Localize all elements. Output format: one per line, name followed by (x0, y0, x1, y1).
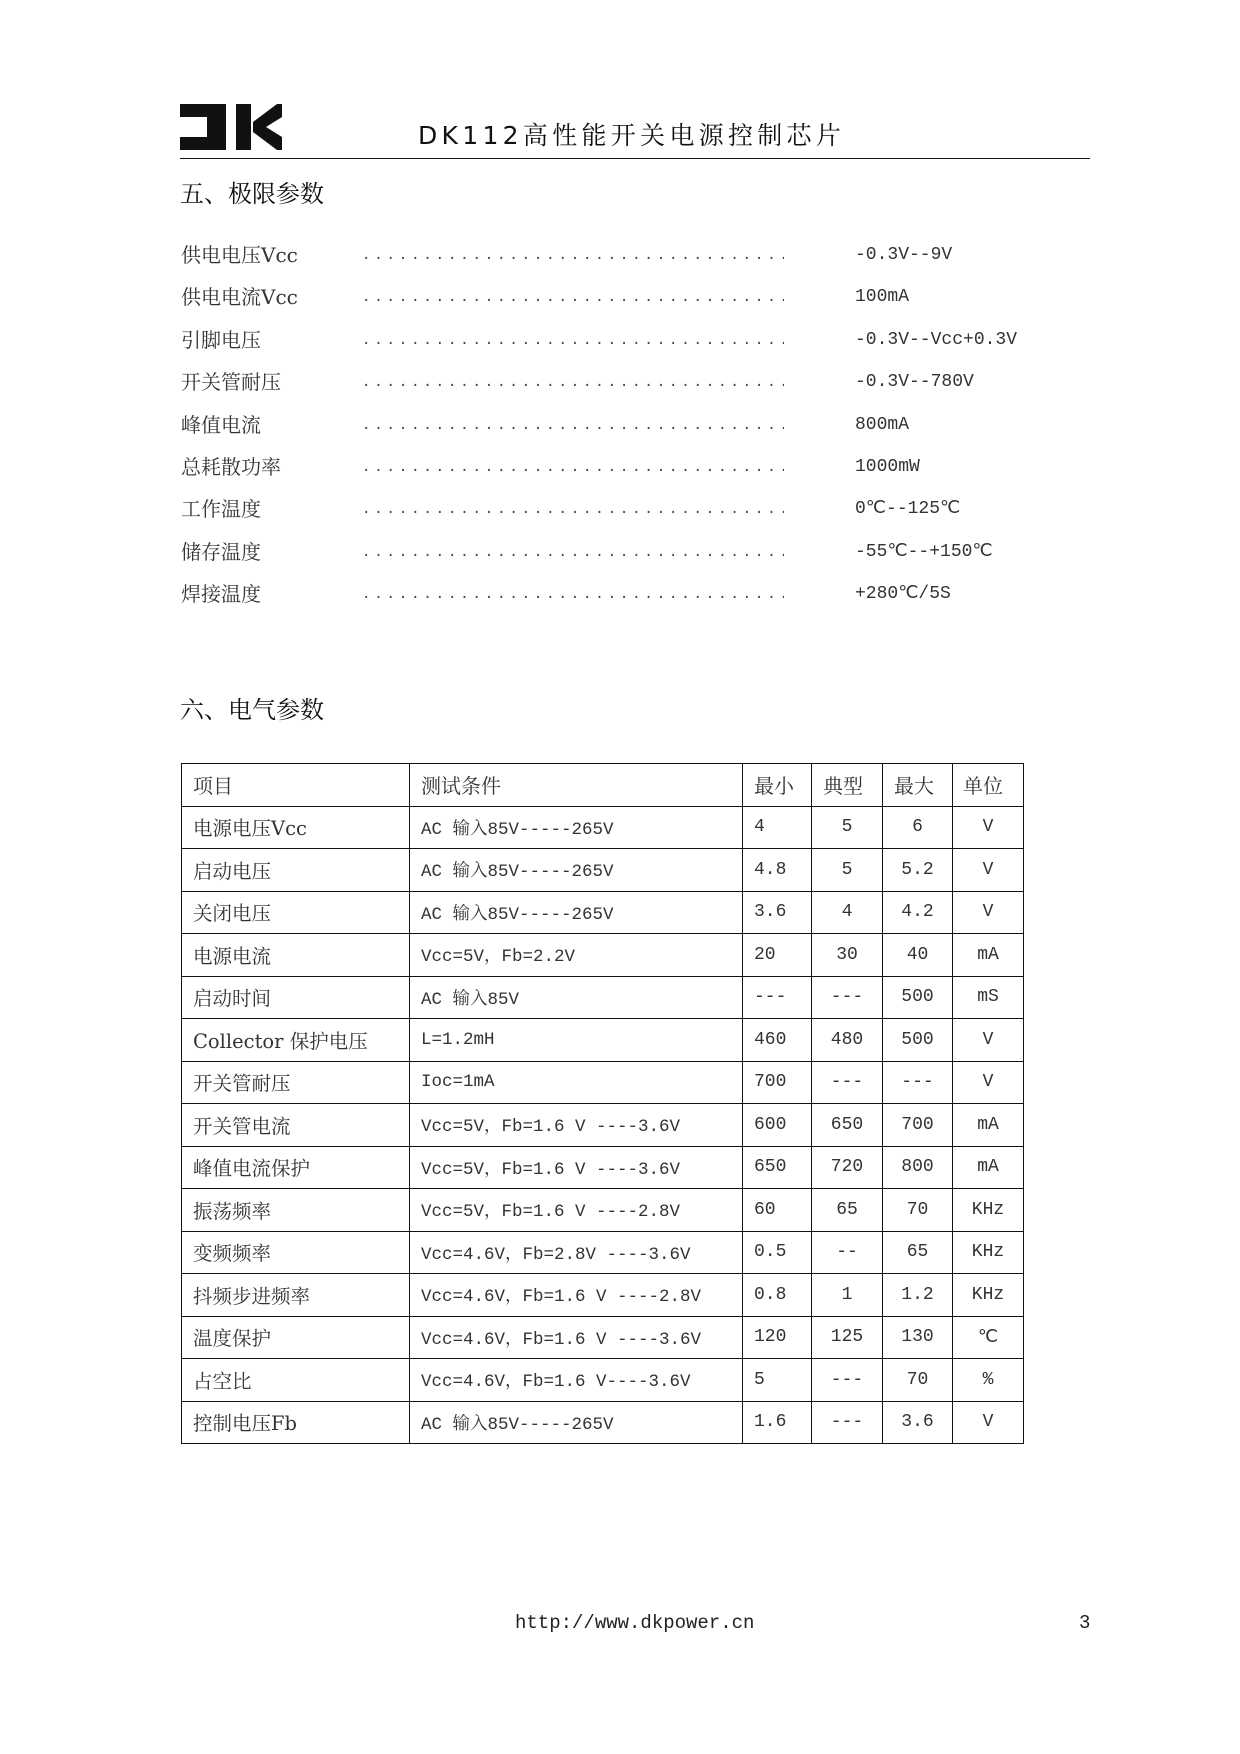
cell-unit: V (953, 891, 1024, 934)
list-item: 供电电压Vcc ................................… (181, 234, 1081, 276)
section-heading-limits: 五、极限参数 (180, 178, 324, 210)
column-header-max: 最大 (883, 764, 953, 807)
cell-unit: ℃ (953, 1316, 1024, 1359)
cell-min: 0.8 (743, 1274, 812, 1317)
list-item: 总耗散功率 ..................................… (181, 446, 1081, 488)
cell-min: 460 (743, 1019, 812, 1062)
cell-max: 3.6 (883, 1401, 953, 1444)
limit-value: 1000mW (855, 446, 920, 488)
cell-item: 启动时间 (182, 976, 410, 1019)
cell-condition: AC 输入85V-----265V (410, 891, 743, 934)
limit-label: 供电电压Vcc (181, 234, 298, 276)
table-row: Collector 保护电压 L=1.2mH 460 480 500 V (182, 1019, 1024, 1062)
cell-min: 20 (743, 934, 812, 977)
limit-label: 总耗散功率 (181, 446, 281, 488)
limit-value: -0.3V--780V (855, 361, 974, 403)
dot-leader: ........................................… (362, 361, 784, 403)
list-item: 储存温度 ...................................… (181, 531, 1081, 573)
cell-item: 开关管耐压 (182, 1061, 410, 1104)
cell-item: 峰值电流保护 (182, 1146, 410, 1189)
cell-min: 60 (743, 1189, 812, 1232)
limit-label: 储存温度 (181, 531, 261, 573)
table-row: 控制电压Fb AC 输入85V-----265V 1.6 --- 3.6 V (182, 1401, 1024, 1444)
list-item: 焊接温度 ...................................… (181, 573, 1081, 615)
cell-condition: Vcc=4.6V，Fb=1.6 V ----3.6V (410, 1316, 743, 1359)
limit-label: 焊接温度 (181, 573, 261, 615)
cell-condition: Ioc=1mA (410, 1061, 743, 1104)
cell-typ: 5 (812, 849, 883, 892)
cell-item: Collector 保护电压 (182, 1019, 410, 1062)
cell-typ: 1 (812, 1274, 883, 1317)
cell-condition: AC 输入85V (410, 976, 743, 1019)
cell-max: 4.2 (883, 891, 953, 934)
cell-unit: mA (953, 934, 1024, 977)
list-item: 开关管耐压 ..................................… (181, 361, 1081, 403)
table-row: 变频频率 Vcc=4.6V，Fb=2.8V ----3.6V 0.5 -- 65… (182, 1231, 1024, 1274)
cell-typ: 30 (812, 934, 883, 977)
cell-max: 700 (883, 1104, 953, 1147)
cell-max: --- (883, 1061, 953, 1104)
cell-typ: --- (812, 1359, 883, 1402)
limit-value: 100mA (855, 276, 909, 318)
cell-min: 120 (743, 1316, 812, 1359)
cell-unit: mA (953, 1146, 1024, 1189)
cell-item: 启动电压 (182, 849, 410, 892)
column-header-typ: 典型 (812, 764, 883, 807)
cell-max: 65 (883, 1231, 953, 1274)
cell-condition: Vcc=5V，Fb=1.6 V ----2.8V (410, 1189, 743, 1232)
dot-leader: ........................................… (362, 276, 784, 318)
cell-min: 5 (743, 1359, 812, 1402)
cell-unit: KHz (953, 1274, 1024, 1317)
table-row: 开关管耐压 Ioc=1mA 700 --- --- V (182, 1061, 1024, 1104)
cell-max: 800 (883, 1146, 953, 1189)
cell-unit: V (953, 1061, 1024, 1104)
cell-unit: V (953, 1401, 1024, 1444)
section-heading-electrical: 六、电气参数 (180, 694, 324, 726)
dk-logo-icon (180, 104, 282, 150)
list-item: 供电电流Vcc ................................… (181, 276, 1081, 318)
cell-item: 占空比 (182, 1359, 410, 1402)
cell-max: 500 (883, 976, 953, 1019)
cell-condition: AC 输入85V-----265V (410, 1401, 743, 1444)
dot-leader: ........................................… (362, 404, 784, 446)
limit-label: 工作温度 (181, 488, 261, 530)
table-row: 温度保护 Vcc=4.6V，Fb=1.6 V ----3.6V 120 125 … (182, 1316, 1024, 1359)
table-row: 抖频步进频率 Vcc=4.6V，Fb=1.6 V ----2.8V 0.8 1 … (182, 1274, 1024, 1317)
cell-unit: V (953, 806, 1024, 849)
column-header-item: 项目 (182, 764, 410, 807)
limit-value: +280℃/5S (855, 573, 951, 615)
cell-max: 5.2 (883, 849, 953, 892)
cell-item: 电源电压Vcc (182, 806, 410, 849)
cell-item: 抖频步进频率 (182, 1274, 410, 1317)
dot-leader: ........................................… (362, 573, 784, 615)
cell-typ: --- (812, 976, 883, 1019)
cell-condition: AC 输入85V-----265V (410, 849, 743, 892)
cell-unit: KHz (953, 1189, 1024, 1232)
cell-typ: 480 (812, 1019, 883, 1062)
cell-condition: Vcc=5V，Fb=2.2V (410, 934, 743, 977)
cell-item: 电源电流 (182, 934, 410, 977)
list-item: 引脚电压 ...................................… (181, 319, 1081, 361)
dot-leader: ........................................… (362, 446, 784, 488)
cell-min: 1.6 (743, 1401, 812, 1444)
table-row: 开关管电流 Vcc=5V，Fb=1.6 V ----3.6V 600 650 7… (182, 1104, 1024, 1147)
cell-typ: 4 (812, 891, 883, 934)
table-header-row: 项目 测试条件 最小 典型 最大 单位 (182, 764, 1024, 807)
table-row: 峰值电流保护 Vcc=5V，Fb=1.6 V ----3.6V 650 720 … (182, 1146, 1024, 1189)
cell-unit: KHz (953, 1231, 1024, 1274)
table-row: 电源电压Vcc AC 输入85V-----265V 4 5 6 V (182, 806, 1024, 849)
table-row: 占空比 Vcc=4.6V，Fb=1.6 V----3.6V 5 --- 70 % (182, 1359, 1024, 1402)
dot-leader: ........................................… (362, 234, 784, 276)
cell-item: 关闭电压 (182, 891, 410, 934)
cell-item: 开关管电流 (182, 1104, 410, 1147)
cell-typ: 5 (812, 806, 883, 849)
table-row: 振荡频率 Vcc=5V，Fb=1.6 V ----2.8V 60 65 70 K… (182, 1189, 1024, 1232)
electrical-parameters-table: 项目 测试条件 最小 典型 最大 单位 电源电压Vcc AC 输入85V----… (181, 763, 1024, 1444)
cell-max: 1.2 (883, 1274, 953, 1317)
cell-item: 控制电压Fb (182, 1401, 410, 1444)
limit-value: -55℃--+150℃ (855, 531, 993, 573)
cell-condition: AC 输入85V-----265V (410, 806, 743, 849)
cell-min: 3.6 (743, 891, 812, 934)
cell-max: 70 (883, 1359, 953, 1402)
dot-leader: ........................................… (362, 319, 784, 361)
cell-min: 600 (743, 1104, 812, 1147)
limits-list: 供电电压Vcc ................................… (181, 234, 1081, 616)
limit-value: -0.3V--9V (855, 234, 952, 276)
cell-unit: V (953, 849, 1024, 892)
cell-max: 500 (883, 1019, 953, 1062)
cell-unit: % (953, 1359, 1024, 1402)
limit-label: 峰值电流 (181, 404, 261, 446)
footer-website-link[interactable]: http://www.dkpower.cn (515, 1612, 754, 1634)
column-header-unit: 单位 (953, 764, 1024, 807)
cell-unit: mS (953, 976, 1024, 1019)
cell-max: 70 (883, 1189, 953, 1232)
cell-min: 0.5 (743, 1231, 812, 1274)
cell-item: 温度保护 (182, 1316, 410, 1359)
cell-condition: Vcc=5V，Fb=1.6 V ----3.6V (410, 1104, 743, 1147)
cell-min: 4.8 (743, 849, 812, 892)
cell-min: 4 (743, 806, 812, 849)
cell-typ: --- (812, 1401, 883, 1444)
cell-typ: 650 (812, 1104, 883, 1147)
document-title: DK112高性能开关电源控制芯片 (418, 118, 845, 154)
cell-max: 6 (883, 806, 953, 849)
column-header-min: 最小 (743, 764, 812, 807)
cell-condition: L=1.2mH (410, 1019, 743, 1062)
list-item: 工作温度 ...................................… (181, 488, 1081, 530)
cell-typ: --- (812, 1061, 883, 1104)
cell-max: 130 (883, 1316, 953, 1359)
cell-typ: 65 (812, 1189, 883, 1232)
cell-unit: mA (953, 1104, 1024, 1147)
cell-item: 变频频率 (182, 1231, 410, 1274)
table-row: 电源电流 Vcc=5V，Fb=2.2V 20 30 40 mA (182, 934, 1024, 977)
cell-typ: 720 (812, 1146, 883, 1189)
limit-value: 0℃--125℃ (855, 488, 960, 530)
cell-condition: Vcc=4.6V，Fb=2.8V ----3.6V (410, 1231, 743, 1274)
header-divider (180, 158, 1090, 159)
dot-leader: ........................................… (362, 531, 784, 573)
limit-value: 800mA (855, 404, 909, 446)
cell-typ: 125 (812, 1316, 883, 1359)
table-row: 启动时间 AC 输入85V --- --- 500 mS (182, 976, 1024, 1019)
limit-value: -0.3V--Vcc+0.3V (855, 319, 1017, 361)
cell-min: 650 (743, 1146, 812, 1189)
dot-leader: ........................................… (362, 488, 784, 530)
page-number: 3 (1079, 1612, 1090, 1634)
table-row: 关闭电压 AC 输入85V-----265V 3.6 4 4.2 V (182, 891, 1024, 934)
cell-item: 振荡频率 (182, 1189, 410, 1232)
limit-label: 供电电流Vcc (181, 276, 298, 318)
table-row: 启动电压 AC 输入85V-----265V 4.8 5 5.2 V (182, 849, 1024, 892)
cell-max: 40 (883, 934, 953, 977)
cell-min: 700 (743, 1061, 812, 1104)
column-header-condition: 测试条件 (410, 764, 743, 807)
cell-unit: V (953, 1019, 1024, 1062)
limit-label: 引脚电压 (181, 319, 261, 361)
list-item: 峰值电流 ...................................… (181, 404, 1081, 446)
cell-typ: -- (812, 1231, 883, 1274)
cell-condition: Vcc=4.6V，Fb=1.6 V----3.6V (410, 1359, 743, 1402)
cell-condition: Vcc=5V，Fb=1.6 V ----3.6V (410, 1146, 743, 1189)
cell-min: --- (743, 976, 812, 1019)
cell-condition: Vcc=4.6V，Fb=1.6 V ----2.8V (410, 1274, 743, 1317)
limit-label: 开关管耐压 (181, 361, 281, 403)
